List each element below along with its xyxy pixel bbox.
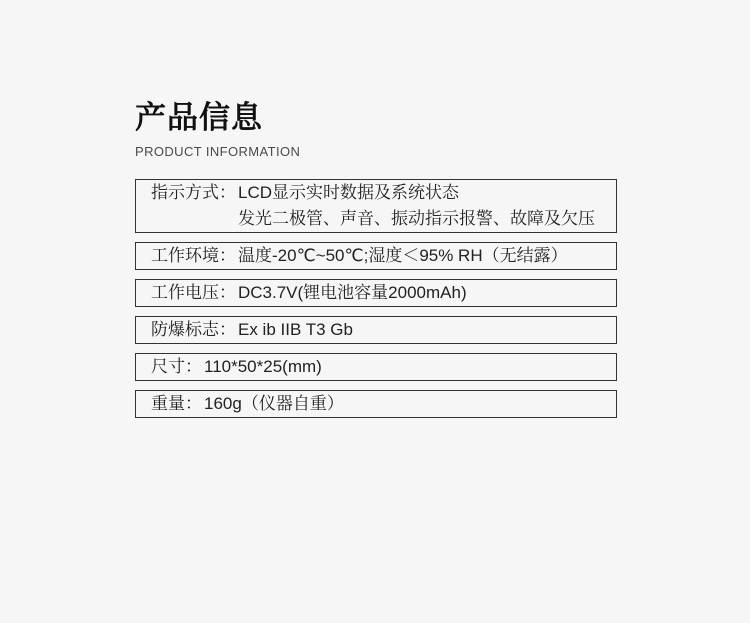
- page-header: 产品信息 PRODUCT INFORMATION: [135, 0, 617, 160]
- spec-label: 指示方式：: [151, 180, 236, 206]
- spec-value: 160g（仪器自重）: [204, 391, 601, 417]
- spec-row-operating-environment: 工作环境： 温度-20℃~50℃;湿度＜95% RH（无结露）: [135, 242, 617, 270]
- spec-label: 工作电压：: [151, 280, 236, 306]
- spec-value: 温度-20℃~50℃;湿度＜95% RH（无结露）: [238, 243, 601, 269]
- spec-value: DC3.7V(锂电池容量2000mAh): [238, 280, 601, 306]
- spec-value-line: Ex ib IIB T3 Gb: [238, 317, 601, 343]
- product-info-section: 产品信息 PRODUCT INFORMATION 指示方式： LCD显示实时数据…: [135, 0, 617, 418]
- spec-value-line: DC3.7V(锂电池容量2000mAh): [238, 280, 601, 306]
- spec-label: 重量：: [151, 391, 202, 417]
- page-subtitle: PRODUCT INFORMATION: [135, 144, 617, 160]
- spec-value: 110*50*25(mm): [204, 354, 601, 380]
- spec-row-operating-voltage: 工作电压： DC3.7V(锂电池容量2000mAh): [135, 279, 617, 307]
- spec-label: 尺寸：: [151, 354, 202, 380]
- spec-row-explosion-proof-mark: 防爆标志： Ex ib IIB T3 Gb: [135, 316, 617, 344]
- spec-label: 防爆标志：: [151, 317, 236, 343]
- spec-value: Ex ib IIB T3 Gb: [238, 317, 601, 343]
- spec-label: 工作环境：: [151, 243, 236, 269]
- spec-value: LCD显示实时数据及系统状态 发光二极管、声音、振动指示报警、故障及欠压: [238, 180, 601, 232]
- spec-value-line: 160g（仪器自重）: [204, 391, 601, 417]
- spec-value-line: 110*50*25(mm): [204, 354, 601, 380]
- spec-value-line: 温度-20℃~50℃;湿度＜95% RH（无结露）: [238, 243, 601, 269]
- spec-list: 指示方式： LCD显示实时数据及系统状态 发光二极管、声音、振动指示报警、故障及…: [135, 179, 617, 418]
- page-title: 产品信息: [135, 100, 617, 136]
- spec-row-dimensions: 尺寸： 110*50*25(mm): [135, 353, 617, 381]
- spec-row-weight: 重量： 160g（仪器自重）: [135, 390, 617, 418]
- spec-row-indication-mode: 指示方式： LCD显示实时数据及系统状态 发光二极管、声音、振动指示报警、故障及…: [135, 179, 617, 233]
- spec-value-line: 发光二极管、声音、振动指示报警、故障及欠压: [238, 206, 601, 232]
- spec-value-line: LCD显示实时数据及系统状态: [238, 180, 601, 206]
